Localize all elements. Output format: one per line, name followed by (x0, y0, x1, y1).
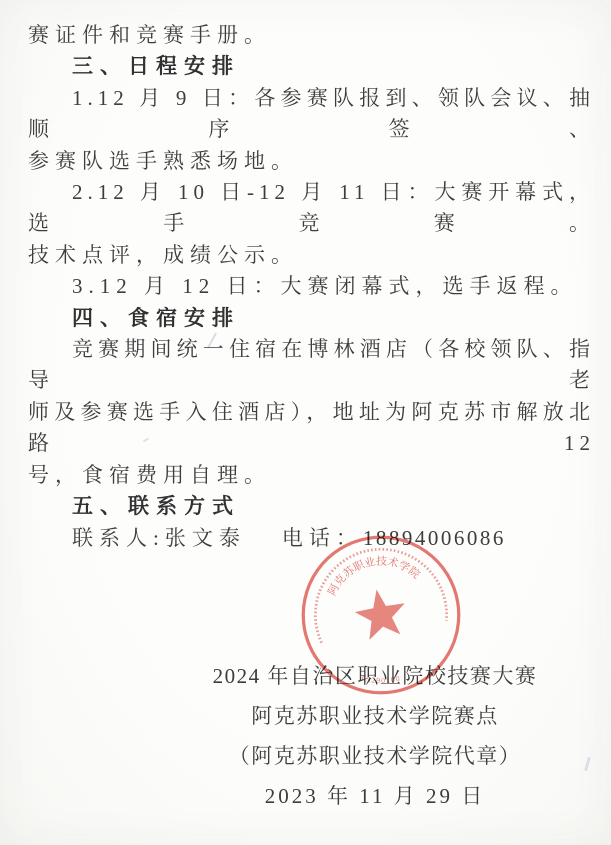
section-heading-schedule: 三、日程安排 (28, 51, 595, 82)
lodging-para-line-1: 竞赛期间统一住宿在博林酒店（各校领队、指导老 (28, 334, 595, 397)
schedule-item-3: 3.12 月 12 日：大赛闭幕式，选手返程。 (28, 271, 595, 302)
scanned-document-page: 赛证件和竞赛手册。 三、日程安排 1.12 月 9 日：各参赛队报到、领队会议、… (0, 0, 611, 845)
contact-person-name: 张文泰 (165, 526, 246, 550)
carryover-line: 赛证件和竞赛手册。 (28, 20, 595, 51)
contact-phone-number: 18894006086 (363, 526, 506, 550)
signature-event-name: 2024 年自治区职业院校技赛大赛 (165, 656, 585, 696)
lodging-para-line-3: 号，食宿费用自理。 (28, 460, 595, 491)
signature-block: 2024 年自治区职业院校技赛大赛 阿克苏职业技术学院赛点 （阿克苏职业技术学院… (165, 656, 585, 816)
section-heading-lodging: 四、食宿安排 (28, 303, 595, 334)
contact-person-label: 联系人: (72, 526, 165, 550)
signature-site-name: 阿克苏职业技术学院赛点 (165, 696, 585, 736)
schedule-item-2-line-2: 技术点评，成绩公示。 (28, 240, 595, 271)
signature-seal-note: （阿克苏职业技术学院代章） (165, 736, 585, 776)
lodging-para-line-2: 师及参赛选手入住酒店），地址为阿克苏市解放北路 12 (28, 397, 595, 460)
schedule-item-1-line-1: 1.12 月 9 日：各参赛队报到、领队会议、抽顺序签、 (28, 83, 595, 146)
schedule-item-1-line-2: 参赛队选手熟悉场地。 (28, 146, 595, 177)
contact-line: 联系人:张文泰电话：18894006086 (28, 523, 595, 554)
signature-date: 2023 年 11 月 29 日 (165, 776, 585, 816)
contact-phone-label: 电话： (282, 526, 363, 550)
document-body: 赛证件和竞赛手册。 三、日程安排 1.12 月 9 日：各参赛队报到、领队会议、… (0, 0, 611, 845)
schedule-item-2-line-1: 2.12 月 10 日-12 月 11 日：大赛开幕式，选手竞赛。 (28, 177, 595, 240)
section-heading-contact: 五、联系方式 (28, 491, 595, 522)
